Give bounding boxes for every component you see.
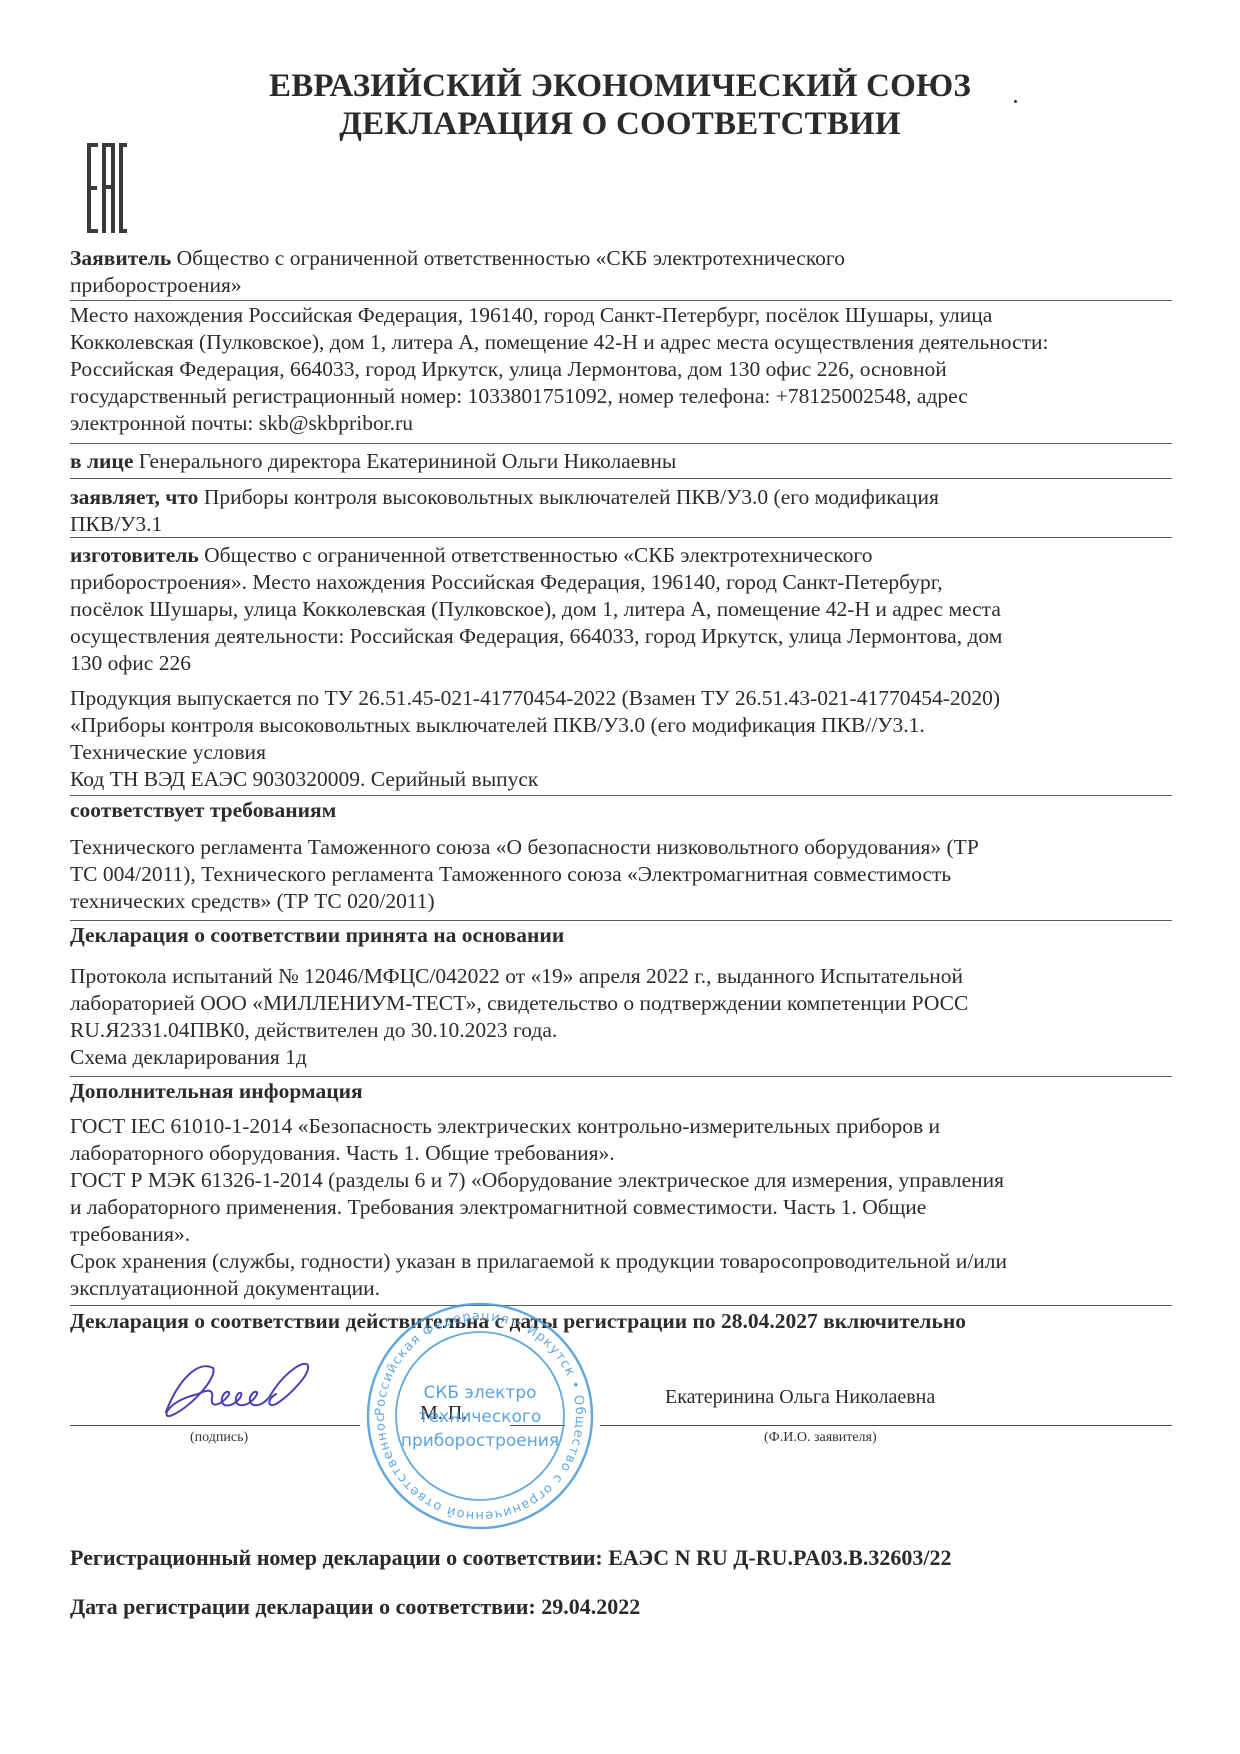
product-name: Приборы контроля высоковольтных выключат…	[204, 485, 939, 509]
location-line: Российская Федерация, 664033, город Ирку…	[70, 356, 1170, 383]
additional-line: ГОСТ IEC 61010-1-2014 «Безопасность элек…	[70, 1113, 1170, 1140]
divider	[70, 920, 1172, 921]
location-line: государственный регистрационный номер: 1…	[70, 383, 1170, 410]
svg-text:технического: технического	[419, 1407, 541, 1427]
conforms-line: ТС 004/2011), Технического регламента Та…	[70, 861, 1170, 888]
divider	[70, 443, 1172, 444]
manufacturer-label: изготовитель	[70, 543, 199, 567]
declares-label: заявляет, что	[70, 485, 198, 509]
signature-caption: (подпись)	[190, 1430, 248, 1446]
location-section: Место нахождения Российская Федерация, 1…	[70, 302, 1170, 437]
svg-text:приборостроения: приборостроения	[401, 1431, 559, 1451]
divider	[70, 478, 1172, 479]
product-code-line: Код ТН ВЭД ЕАЭС 9030320009. Серийный вып…	[70, 766, 1170, 793]
manufacturer-line: приборостроения». Место нахождения Росси…	[70, 569, 1170, 596]
union-title: ЕВРАЗИЙСКИЙ ЭКОНОМИЧЕСКИЙ СОЮЗ	[0, 68, 1240, 105]
applicant-section: Заявитель Общество с ограниченной ответс…	[70, 245, 1170, 299]
registration-number: Регистрационный номер декларации о соотв…	[70, 1545, 951, 1571]
conforms-line: Технического регламента Таможенного союз…	[70, 834, 1170, 861]
declares-section: заявляет, что Приборы контроля высоковол…	[70, 484, 1170, 538]
signature-line	[70, 1425, 360, 1426]
divider	[70, 1076, 1172, 1077]
represented-by-section: в лице Генерального директора Екатеринин…	[70, 448, 1170, 475]
applicant-label: Заявитель	[70, 246, 171, 270]
document-title: ДЕКЛАРАЦИЯ О СООТВЕТСТВИИ	[0, 106, 1240, 143]
conforms-line: технических средств» (ТР ТС 020/2011)	[70, 888, 1170, 915]
applicant-name: Общество с ограниченной ответственностью…	[177, 246, 845, 270]
additional-line: и лабораторного применения. Требования э…	[70, 1194, 1170, 1221]
divider	[70, 1305, 1172, 1306]
represented-by-label: в лице	[70, 449, 133, 473]
additional-heading: Дополнительная информация	[70, 1078, 1170, 1105]
scheme-line: Схема декларирования 1д	[70, 1044, 1170, 1071]
basis-line: лабораторией ООО «МИЛЛЕНИУМ-ТЕСТ», свиде…	[70, 990, 1170, 1017]
additional-line: требования».	[70, 1221, 1170, 1248]
svg-text:СКБ электро: СКБ электро	[423, 1383, 536, 1403]
product-name-cont: ПКВ/У3.1	[70, 511, 1170, 538]
name-caption: (Ф.И.О. заявителя)	[764, 1430, 877, 1446]
basis-line: Протокола испытаний № 12046/МФЦС/042022 …	[70, 963, 1170, 990]
location-line: электронной почты: skb@skbpribor.ru	[70, 410, 1170, 437]
applicant-name-cont: приборостроения»	[70, 272, 1170, 299]
registration-date: Дата регистрации декларации о соответств…	[70, 1594, 640, 1620]
name-line	[600, 1425, 1172, 1426]
scan-speck	[1014, 100, 1017, 103]
additional-line: лабораторного оборудования. Часть 1. Общ…	[70, 1140, 1170, 1167]
company-stamp-icon: Российская Федерация • Иркутск • Обществ…	[362, 1298, 598, 1534]
additional-section: Дополнительная информация ГОСТ IEC 61010…	[70, 1078, 1170, 1302]
manufacturer-line: посёлок Шушары, улица Кокколевская (Пулк…	[70, 596, 1170, 623]
additional-line: эксплуатационной документации.	[70, 1275, 1170, 1302]
divider	[70, 300, 1172, 301]
conforms-section: соответствует требованиям Технического р…	[70, 797, 1170, 915]
location-line: Кокколевская (Пулковское), дом 1, литера…	[70, 329, 1170, 356]
location-line: Место нахождения Российская Федерация, 1…	[70, 302, 1170, 329]
manufacturer-line: осуществления деятельности: Российская Ф…	[70, 623, 1170, 650]
conforms-heading: соответствует требованиям	[70, 797, 1170, 824]
declaration-page: ЕВРАЗИЙСКИЙ ЭКОНОМИЧЕСКИЙ СОЮЗ ДЕКЛАРАЦИ…	[0, 0, 1240, 1754]
eac-logo-icon	[87, 143, 127, 233]
manufacturer-line: 130 офис 226	[70, 650, 1170, 677]
product-line: «Приборы контроля высоковольтных выключа…	[70, 712, 1170, 739]
divider	[70, 795, 1172, 796]
product-line: Технические условия	[70, 739, 1170, 766]
basis-section: Декларация о соответствии принята на осн…	[70, 922, 1170, 1071]
divider	[70, 537, 1172, 538]
additional-line: Срок хранения (службы, годности) указан …	[70, 1248, 1170, 1275]
product-line: Продукция выпускается по ТУ 26.51.45-021…	[70, 685, 1170, 712]
additional-line: ГОСТ Р МЭК 61326-1-2014 (разделы 6 и 7) …	[70, 1167, 1170, 1194]
basis-line: RU.Я2331.04ПВК0, действителен до 30.10.2…	[70, 1017, 1170, 1044]
applicant-full-name: Екатеринина Ольга Николаевна	[665, 1384, 935, 1411]
represented-by-text: Генерального директора Екатерининой Ольг…	[139, 449, 677, 473]
basis-heading: Декларация о соответствии принята на осн…	[70, 922, 1170, 949]
validity-statement: Декларация о соответствии действительна …	[70, 1308, 1170, 1335]
product-section: Продукция выпускается по ТУ 26.51.45-021…	[70, 685, 1170, 793]
manufacturer-section: изготовитель Общество с ограниченной отв…	[70, 542, 1170, 677]
signature-icon	[158, 1350, 318, 1425]
manufacturer-name: Общество с ограниченной ответственностью…	[204, 543, 872, 567]
